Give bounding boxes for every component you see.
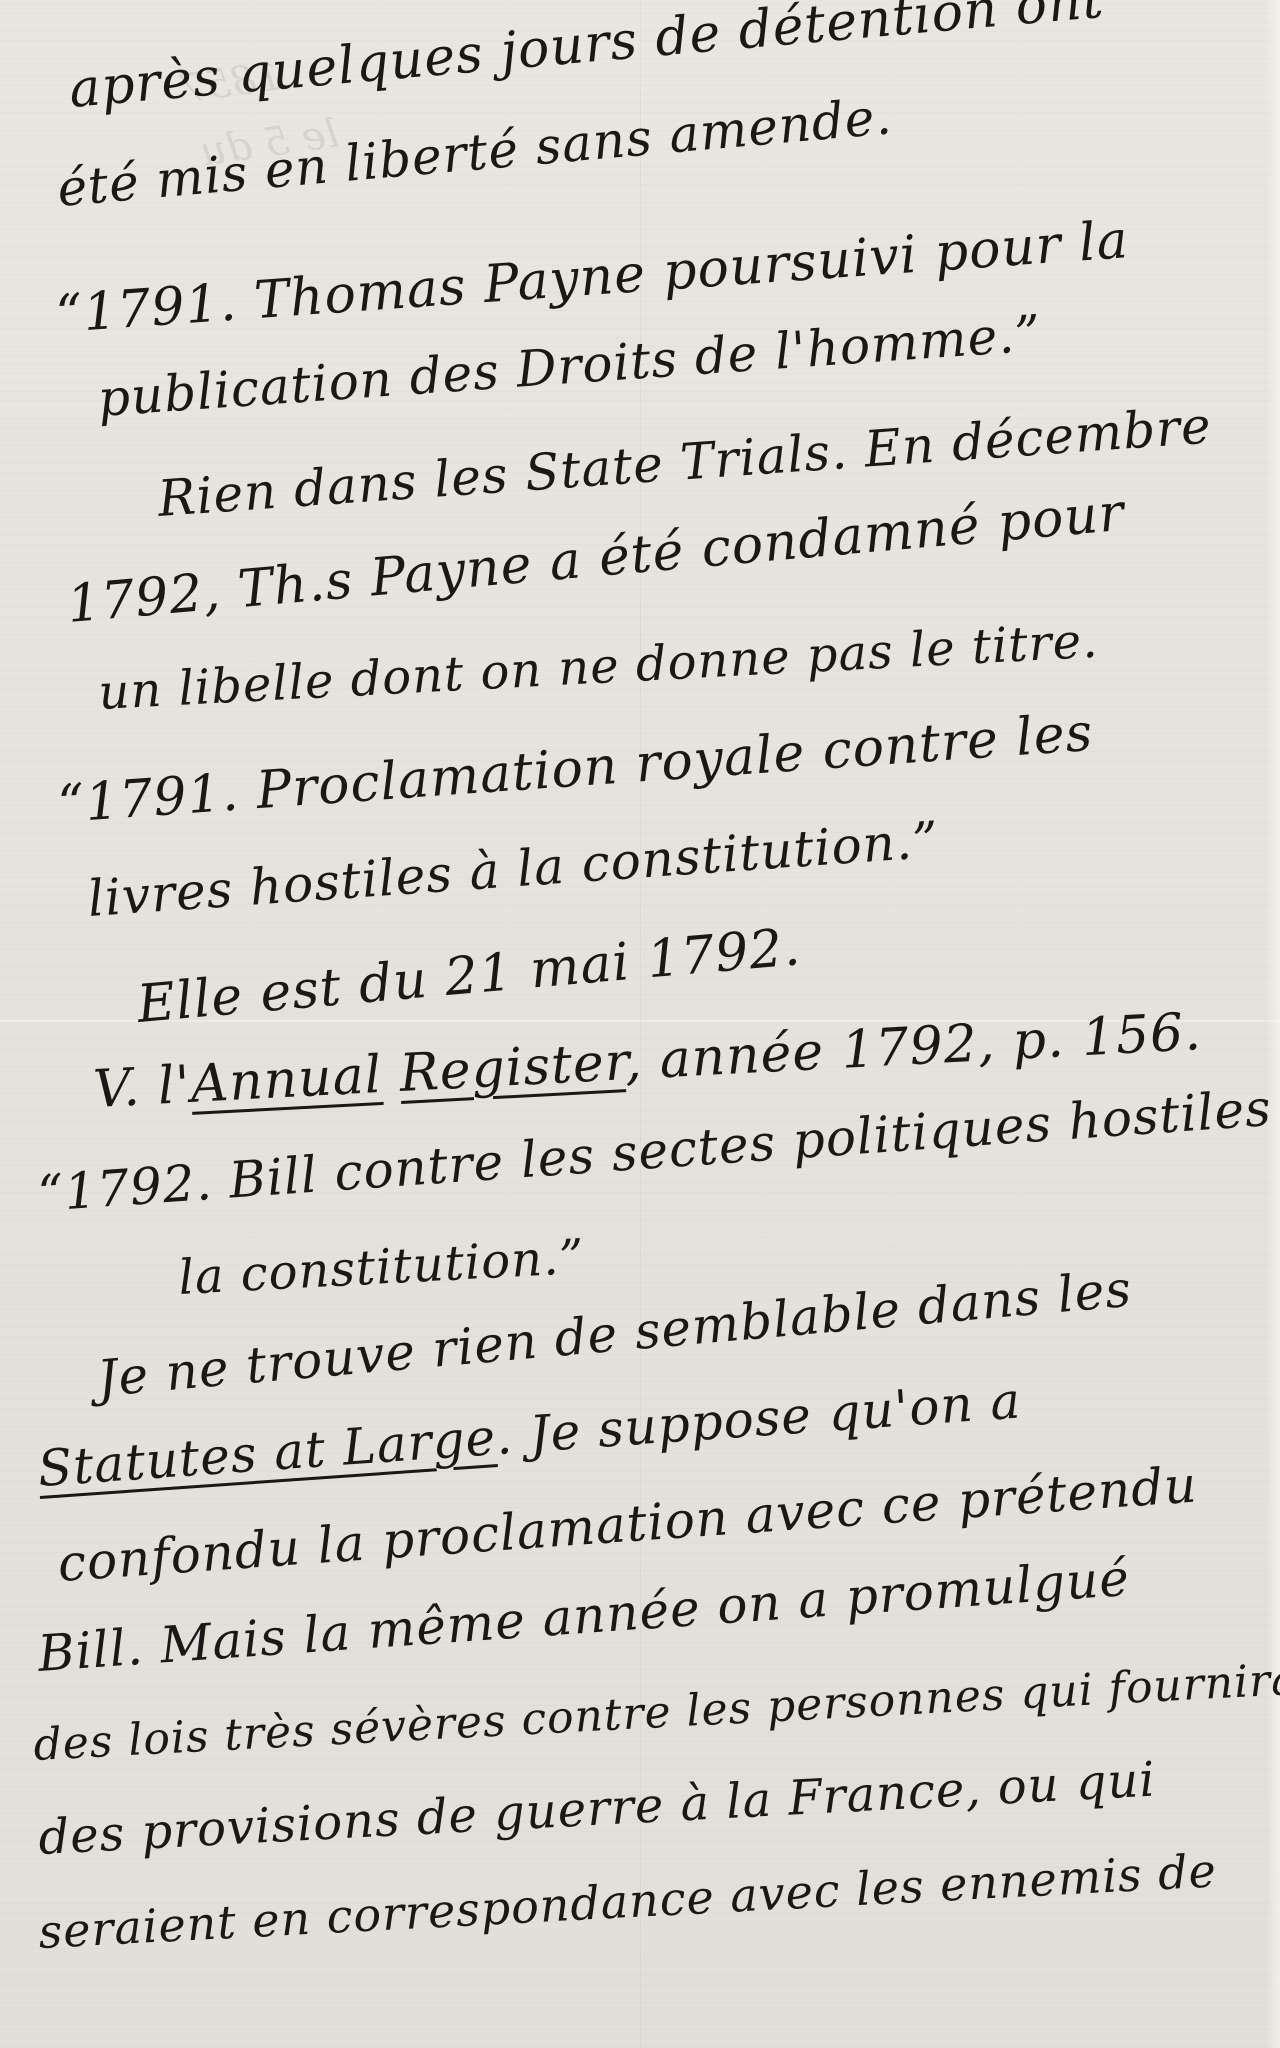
paper-fold-vertical (640, 0, 641, 2048)
paper-edge (1266, 0, 1280, 2048)
manuscript-line-20: seraient en correspondance avec les enne… (37, 1843, 1218, 1959)
manuscript-line-1: après quelques jours de détention ont (67, 0, 1107, 120)
line-15-suffix: . Je suppose qu'on a (494, 1371, 1023, 1466)
underlined-statutes-at-large: Statutes at Large (36, 1408, 498, 1498)
manuscript-line-9: livres hostiles à la constitution.” (86, 811, 941, 928)
underlined-register: Register (398, 1032, 626, 1104)
underlined-annual: Annual (189, 1045, 384, 1115)
manuscript-line-19: des provisions de guerre à la France, ou… (37, 1752, 1157, 1866)
manuscript-page: 1857 le 5 du après quelques jours de dét… (0, 0, 1280, 2048)
line-11-suffix: , année 1792, p. 156. (623, 1002, 1203, 1092)
manuscript-line-10: Elle est du 21 mai 1792. (135, 917, 803, 1035)
manuscript-line-7: un libelle dont on ne donne pas le titre… (97, 613, 1099, 721)
manuscript-line-8: “1791. Proclamation royale contre les (56, 703, 1095, 835)
manuscript-line-13: la constitution.” (177, 1229, 586, 1306)
line-11-prefix: V. l' (92, 1055, 192, 1120)
